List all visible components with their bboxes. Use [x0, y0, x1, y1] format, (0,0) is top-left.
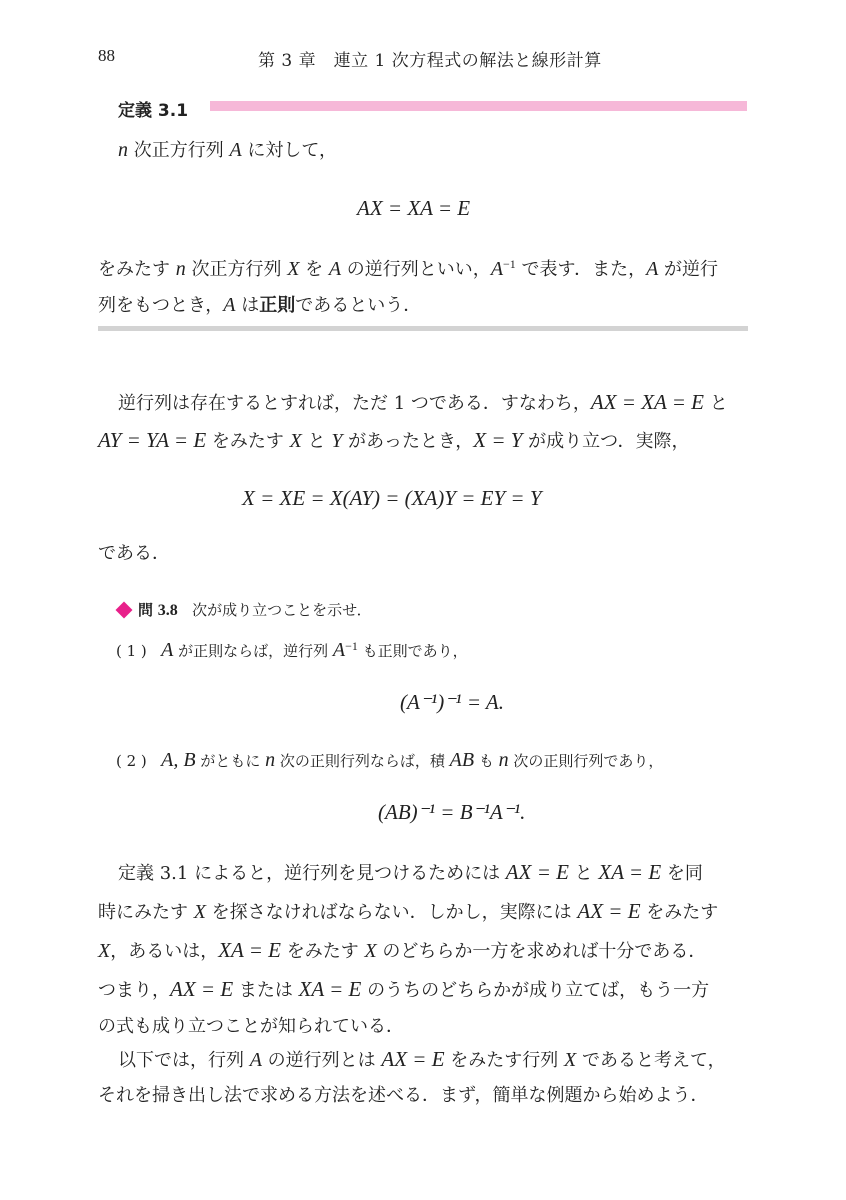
paragraph-1-line-1: 逆行列は存在するとすれば，ただ 1 つである．すなわち，AX = XA = E … [118, 392, 728, 413]
paragraph-2-line-1: 定義 3.1 によると，逆行列を見つけるためには AX = E と XA = E… [118, 862, 703, 883]
definition-title: 定義 3.1 [118, 96, 188, 121]
paragraph-3-line-2: それを掃き出し法で求める方法を述べる．まず，簡単な例題から始めよう． [98, 1087, 709, 1105]
definition-equation: AX = XA = E [357, 196, 470, 221]
definition-bottom-rule [98, 326, 748, 331]
paragraph-2-line-5: の式も成り立つことが知られている． [98, 1018, 404, 1036]
item-label: ( 1 ) [116, 642, 147, 660]
problem-item-2-equation: (AB)⁻¹ = B⁻¹A⁻¹. [378, 800, 525, 825]
uniqueness-equation: X = XE = X(AY) = (XA)Y = EY = Y [242, 486, 542, 511]
paragraph-2-line-2: 時にみたす X を探さなければならない．しかし，実際には AX = E をみたす [98, 901, 718, 922]
definition-line-2: をみたす n 次正方行列 X を A の逆行列といい，A−1 で表す．また，A … [98, 258, 718, 279]
definition-line-3: 列をもつとき，A は正則であるという． [98, 295, 421, 315]
paragraph-1-line-2: AY = YA = E をみたす X と Y があったとき，X = Y が成り立… [98, 430, 689, 451]
definition-header-bar [210, 101, 747, 111]
problem-item-1: ( 1 ) A が正則ならば，逆行列 A−1 も正則であり， [116, 640, 468, 660]
paragraph-1-closing: である． [98, 545, 170, 563]
diamond-bullet-icon [116, 602, 133, 619]
page-number: 88 [98, 46, 115, 66]
math-var: n [118, 139, 128, 161]
problem-header: 問 3.8 次が成り立つことを示せ． [114, 603, 372, 619]
definition-line-1: n 次正方行列 A に対して， [118, 140, 337, 160]
problem-item-2: ( 2 ) A, B がともに n 次の正則行列ならば，積 AB も n 次の正… [116, 750, 663, 770]
paragraph-2-line-4: つまり，AX = E または XA = E のうちのどちらかが成り立てば，もう一… [98, 979, 709, 1000]
paragraph-2-line-3: X，あるいは，XA = E をみたす X のどちらか一方を求めれば十分である． [98, 940, 706, 961]
paragraph-3-line-1: 以下では，行列 A の逆行列とは AX = E をみたす行列 X であると考えて… [118, 1049, 726, 1070]
problem-item-1-equation: (A⁻¹)⁻¹ = A. [400, 690, 504, 715]
item-label: ( 2 ) [116, 752, 147, 770]
running-head: 第 3 章 連立 1 次方程式の解法と線形計算 [258, 46, 602, 71]
emphasized-term: 正則 [259, 295, 295, 316]
math-var: A [229, 139, 241, 161]
